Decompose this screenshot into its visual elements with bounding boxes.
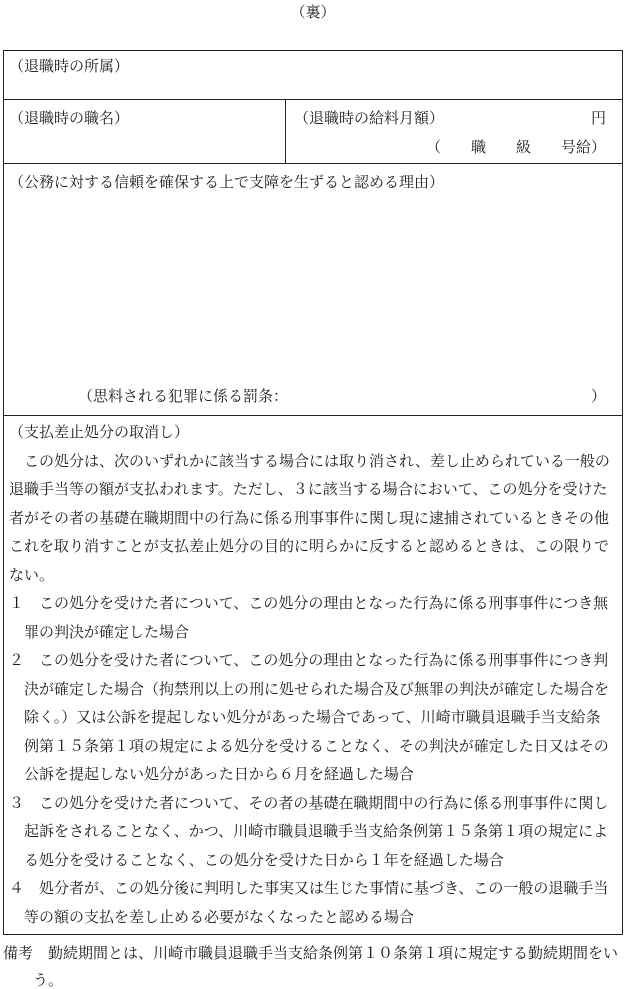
text-line: 起訴をされることなく、かつ、川崎市職員退職手当支給条例第１５条第１項の規定によ <box>9 818 614 847</box>
back-side-label: （裏） <box>3 3 623 23</box>
monthly-salary-cell: （退職時の給料月額） 円 （ 職 級 号給） <box>286 100 622 163</box>
text-line: 罪の判決が確定した場合 <box>9 619 614 648</box>
penal-provisions-label: （思料される犯罪に係る罰条： <box>78 386 288 408</box>
remarks-note: 備考 勤続期間とは、川崎市職員退職手当支給条例第１０条第１項に規定する勤続期間を… <box>3 941 623 989</box>
text-line: これを取り消すことが支払差止処分の目的に明らかに反すると認めるときは、この限りで <box>9 533 614 562</box>
payment-suspension-form-table: （退職時の所属） （退職時の職名） （退職時の給料月額） 円 （ 職 級 号給）… <box>3 50 623 935</box>
text-line: 除く。）又は公訴を提起しない処分があった場合であって、川崎市職員退職手当支給条 <box>9 704 614 733</box>
text-line: ない。 <box>9 562 614 591</box>
reason-row: （公務に対する信頼を確保する上で支障を生ずると認める理由） （思料される犯罪に係… <box>4 163 622 415</box>
text-line: １ この処分を受けた者について、この処分の理由となった行為に係る刑事事件につき無 <box>9 590 614 619</box>
reason-heading-label: （公務に対する信頼を確保する上で支障を生ずると認める理由） <box>9 169 614 198</box>
job-and-salary-row: （退職時の職名） （退職時の給料月額） 円 （ 職 級 号給） <box>4 99 622 163</box>
affiliation-row: （退職時の所属） <box>4 51 622 99</box>
penal-provisions-line: （思料される犯罪に係る罰条： ） <box>4 386 622 408</box>
text-line: 例第１５条第１項の規定による処分を受けることなく、その判決が確定した日又はその <box>9 733 614 762</box>
job-title-cell: （退職時の職名） <box>4 100 286 163</box>
monthly-salary-label: （退職時の給料月額） <box>294 105 444 134</box>
text-line: （支払差止処分の取消し） <box>9 419 614 448</box>
text-line: ３ この処分を受けた者について、その者の基礎在職期間中の行為に係る刑事事件に関し <box>9 790 614 819</box>
yen-unit-label: 円 <box>591 105 606 134</box>
text-line: ４ 処分者が、この処分後に判明した事実又は生じた事情に基づき、この一般の退職手当 <box>9 875 614 904</box>
text-line: ２ この処分を受けた者について、この処分の理由となった行為に係る刑事事件につき判 <box>9 647 614 676</box>
text-line: 等の額の支払を差し止める必要がなくなったと認める場合 <box>9 904 614 933</box>
form-back-page: （裏） （退職時の所属） （退職時の職名） （退職時の給料月額） 円 （ 職 級… <box>0 0 626 989</box>
text-line: 公訴を提起しない処分があった日から６月を経過した場合 <box>9 761 614 790</box>
cancellation-terms-row: （支払差止処分の取消し） この処分は、次のいずれかに該当する場合には取り消され、… <box>4 415 622 934</box>
penal-provisions-close-paren: ） <box>591 386 606 408</box>
job-title-at-retirement-label: （退職時の職名） <box>9 105 277 134</box>
text-line: 備考 勤続期間とは、川崎市職員退職手当支給条例第１０条第１項に規定する勤続期間を… <box>3 941 623 968</box>
text-line: う。 <box>3 968 623 989</box>
affiliation-at-retirement-label: （退職時の所属） <box>9 53 614 82</box>
monthly-salary-line: （退職時の給料月額） 円 <box>294 105 606 134</box>
text-line: 者がその者の基礎在職期間中の行為に係る刑事事件に関し現に逮捕されているときその他 <box>9 505 614 534</box>
text-line: 決が確定した場合（拘禁刑以上の刑に処せられた場合及び無罪の判決が確定した場合を <box>9 676 614 705</box>
text-line: 退職手当等の額が支払われます。ただし、３に該当する場合において、この処分を受けた <box>9 476 614 505</box>
text-line: る処分を受けることなく、この処分を受けた日から１年を経過した場合 <box>9 847 614 876</box>
grade-step-label: （ 職 級 号給） <box>294 134 606 163</box>
text-line: この処分は、次のいずれかに該当する場合には取り消され、差し止められている一般の <box>9 448 614 477</box>
